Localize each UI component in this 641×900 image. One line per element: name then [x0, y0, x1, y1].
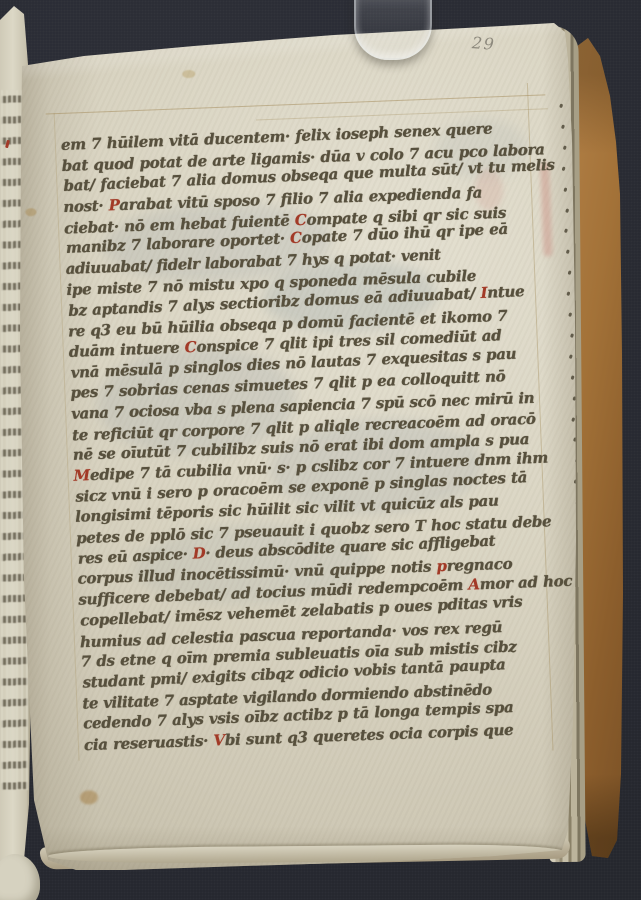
ink-text: nost· — [63, 196, 109, 216]
stain — [80, 790, 99, 805]
ink-text: ntue — [487, 282, 525, 302]
rubric-initial: M — [73, 466, 90, 485]
manuscript-page: em 7 hūilem vitā ducentem· felix ioseph … — [14, 20, 576, 872]
pricking-hole — [561, 124, 564, 128]
pricking-hole — [565, 208, 568, 212]
pricking-hole — [567, 291, 570, 295]
pricking-hole — [566, 250, 569, 254]
page-inner: em 7 hūilem vitā ducentem· felix ioseph … — [13, 19, 607, 892]
pricking-hole — [563, 145, 566, 149]
stain — [182, 70, 195, 78]
rubric-initial: C — [184, 338, 196, 356]
rubric-initial: V — [213, 731, 225, 749]
photo-background: em 7 hūilem vitā ducentem· felix ioseph … — [0, 0, 641, 900]
rubric-initial: P — [108, 196, 119, 214]
pricking-hole — [564, 187, 567, 191]
bottom-left-page-corner — [0, 854, 40, 900]
pricking-hole — [568, 312, 571, 316]
ink-text: mor ad hoc — [479, 572, 572, 594]
pricking-hole — [559, 103, 562, 107]
pricking-hole — [571, 417, 574, 421]
ink-text: duām intuere — [68, 338, 185, 360]
rubric-initial: C — [290, 229, 302, 247]
rubric-initial: D — [192, 544, 205, 563]
pricking-hole — [564, 229, 567, 233]
stain — [25, 208, 36, 216]
pricking-hole — [570, 333, 573, 337]
pricking-hole — [562, 166, 565, 170]
ink-text: res eū aspice· — [77, 544, 193, 567]
pricking-hole — [568, 270, 571, 274]
pricking-hole — [569, 354, 572, 358]
ink-text: cia reseruastis· — [84, 731, 214, 754]
rubric-initial: A — [468, 575, 480, 593]
text-block: em 7 hūilem vitā ducentem· felix ioseph … — [61, 117, 562, 756]
pricking-hole — [571, 375, 574, 379]
ink-text: regnaco — [446, 555, 512, 575]
folio-number-pencil: 29 — [471, 33, 496, 54]
